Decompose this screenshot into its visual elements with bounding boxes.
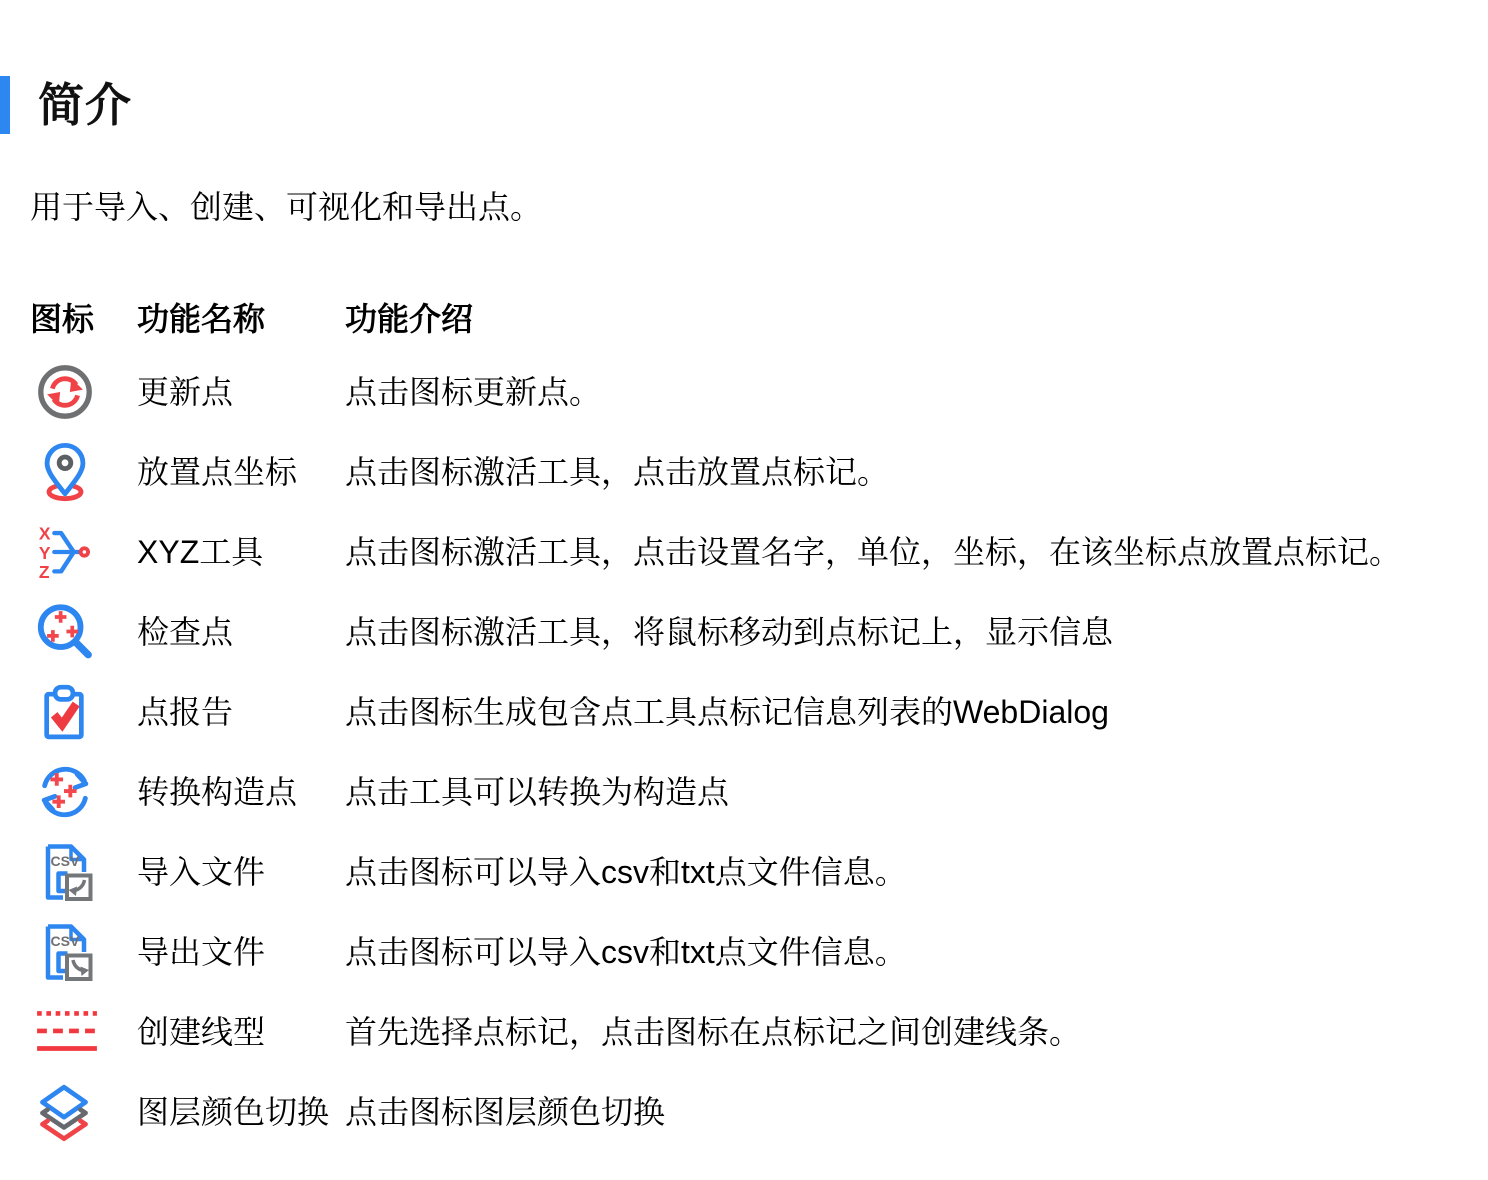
feature-name: 图层颜色切换 [137,1093,345,1131]
table-row: X Y Z XYZ工具 点击图标激活工具，点击设置名字，单位，坐标，在该坐标点放… [30,512,1488,592]
update-points-icon [30,361,137,423]
csv-label: CSV [51,853,80,869]
csv-label: CSV [51,933,80,949]
header-name: 功能名称 [137,294,345,340]
feature-description: 点击工具可以转换为构造点 [345,773,1488,811]
section-header: 简介 [0,76,1488,134]
convert-construction-points-icon [30,761,137,823]
feature-name: 转换构造点 [137,773,345,811]
layer-color-toggle-icon [30,1081,137,1143]
feature-name: 创建线型 [137,1013,345,1051]
create-linetype-icon [30,1005,137,1059]
table-row: 更新点 点击图标更新点。 [30,352,1488,432]
feature-name: XYZ工具 [137,533,345,571]
feature-description: 点击图标图层颜色切换 [345,1093,1488,1131]
table-row: CSV 导入文件 点击图标可以导入csv和txt点文件信息。 [30,832,1488,912]
feature-description: 点击图标激活工具，点击放置点标记。 [345,453,1488,491]
table-row: 放置点坐标 点击图标激活工具，点击放置点标记。 [30,432,1488,512]
page-title: 简介 [38,76,132,134]
xyz-letter-y: Y [39,543,51,563]
feature-description: 点击图标更新点。 [345,373,1488,411]
intro-text: 用于导入、创建、可视化和导出点。 [30,188,1488,226]
doc-content: 用于导入、创建、可视化和导出点。 图标 功能名称 功能介绍 更新点 [0,188,1488,1152]
feature-description: 点击图标可以导入csv和txt点文件信息。 [345,933,1488,971]
header-desc: 功能介绍 [345,294,1488,340]
feature-name: 更新点 [137,373,345,411]
feature-name: 点报告 [137,693,345,731]
export-file-icon: CSV [30,918,137,986]
feature-description: 点击图标可以导入csv和txt点文件信息。 [345,853,1488,891]
feature-table: 更新点 点击图标更新点。 放置点坐标 点击图标激活工具，点击放置点标记。 [30,352,1488,1152]
feature-description: 点击图标生成包含点工具点标记信息列表的WebDialog [345,693,1488,731]
title-accent-bar [0,76,10,134]
table-row: 创建线型 首先选择点标记，点击图标在点标记之间创建线条。 [30,992,1488,1072]
table-row: 检查点 点击图标激活工具，将鼠标移动到点标记上，显示信息 [30,592,1488,672]
point-report-icon [30,681,137,743]
import-file-icon: CSV [30,838,137,906]
feature-name: 导出文件 [137,933,345,971]
inspect-points-icon [30,601,137,663]
feature-description: 点击图标激活工具，将鼠标移动到点标记上，显示信息 [345,613,1488,651]
table-row: 点报告 点击图标生成包含点工具点标记信息列表的WebDialog [30,672,1488,752]
table-row: 图层颜色切换 点击图标图层颜色切换 [30,1072,1488,1152]
doc-page: 简介 用于导入、创建、可视化和导出点。 图标 功能名称 功能介绍 [0,76,1488,1152]
feature-description: 首先选择点标记，点击图标在点标记之间创建线条。 [345,1013,1488,1051]
xyz-letter-x: X [39,524,51,544]
xyz-letter-z: Z [39,563,50,583]
table-row: CSV 导出文件 点击图标可以导入csv和txt点文件信息。 [30,912,1488,992]
feature-name: 导入文件 [137,853,345,891]
feature-description: 点击图标激活工具，点击设置名字，单位，坐标，在该坐标点放置点标记。 [345,533,1488,571]
table-header-row: 图标 功能名称 功能介绍 [30,294,1488,340]
place-point-icon [30,441,137,503]
table-row: 转换构造点 点击工具可以转换为构造点 [30,752,1488,832]
feature-name: 检查点 [137,613,345,651]
xyz-tool-icon: X Y Z [30,522,137,582]
feature-name: 放置点坐标 [137,453,345,491]
header-icon: 图标 [30,294,137,340]
